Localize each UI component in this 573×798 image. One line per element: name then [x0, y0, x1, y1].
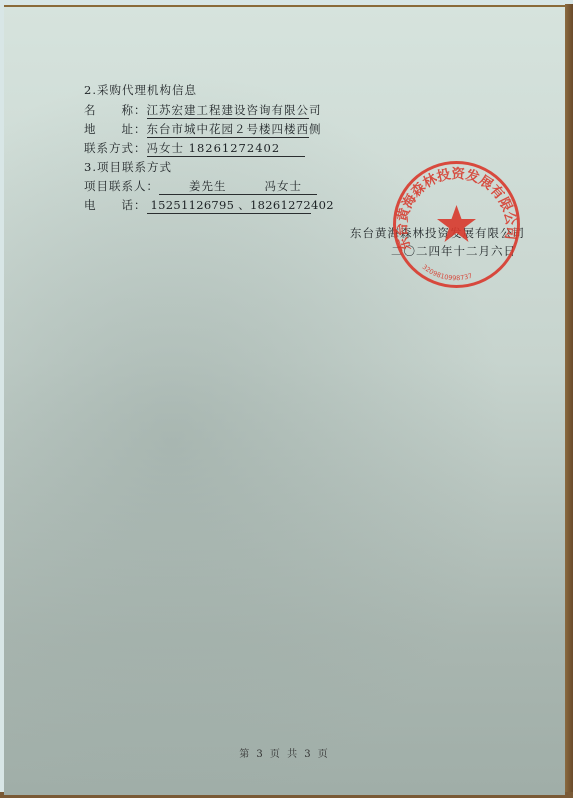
- section2-heading: 2.采购代理机构信息: [84, 82, 197, 98]
- project-phone-label: 电 话：: [84, 197, 147, 213]
- page-footer: 第 3 页 共 3 页: [4, 745, 565, 760]
- agency-address-row: 地 址：东台市城中花园２号楼四楼西侧: [84, 121, 309, 138]
- document-page: 2.采购代理机构信息 名 称：江苏宏建工程建设咨询有限公司 地 址：东台市城中花…: [4, 5, 565, 795]
- agency-name-value: 江苏宏建工程建设咨询有限公司: [147, 102, 309, 119]
- agency-contact-row: 联系方式：冯女士 18261272402: [84, 140, 305, 157]
- agency-address-value: 东台市城中花园２号楼四楼西侧: [147, 121, 309, 138]
- project-phone-value: 15251126795 、18261272402: [147, 197, 311, 214]
- company-seal-stamp: 东台黄海森林投资发展有限公司 3209810998737: [389, 157, 524, 292]
- agency-name-label: 名 称：: [84, 102, 147, 118]
- project-phone-row: 电 话：15251126795 、18261272402: [84, 197, 311, 214]
- project-contact-label: 项目联系人：: [84, 178, 159, 194]
- desk-edge-right: [565, 4, 573, 798]
- project-contact-person-2: 冯女士: [265, 178, 303, 194]
- project-contact-values: 姜先生冯女士: [159, 178, 317, 195]
- agency-address-label: 地 址：: [84, 121, 147, 137]
- project-contact-person-1: 姜先生: [189, 178, 227, 194]
- project-contact-row: 项目联系人：姜先生冯女士: [84, 178, 317, 195]
- agency-contact-value: 冯女士 18261272402: [147, 140, 305, 157]
- stamp-star-icon: [437, 205, 476, 242]
- section3-heading: 3.项目联系方式: [84, 159, 172, 175]
- agency-name-row: 名 称：江苏宏建工程建设咨询有限公司: [84, 102, 309, 119]
- agency-contact-label: 联系方式：: [84, 140, 147, 156]
